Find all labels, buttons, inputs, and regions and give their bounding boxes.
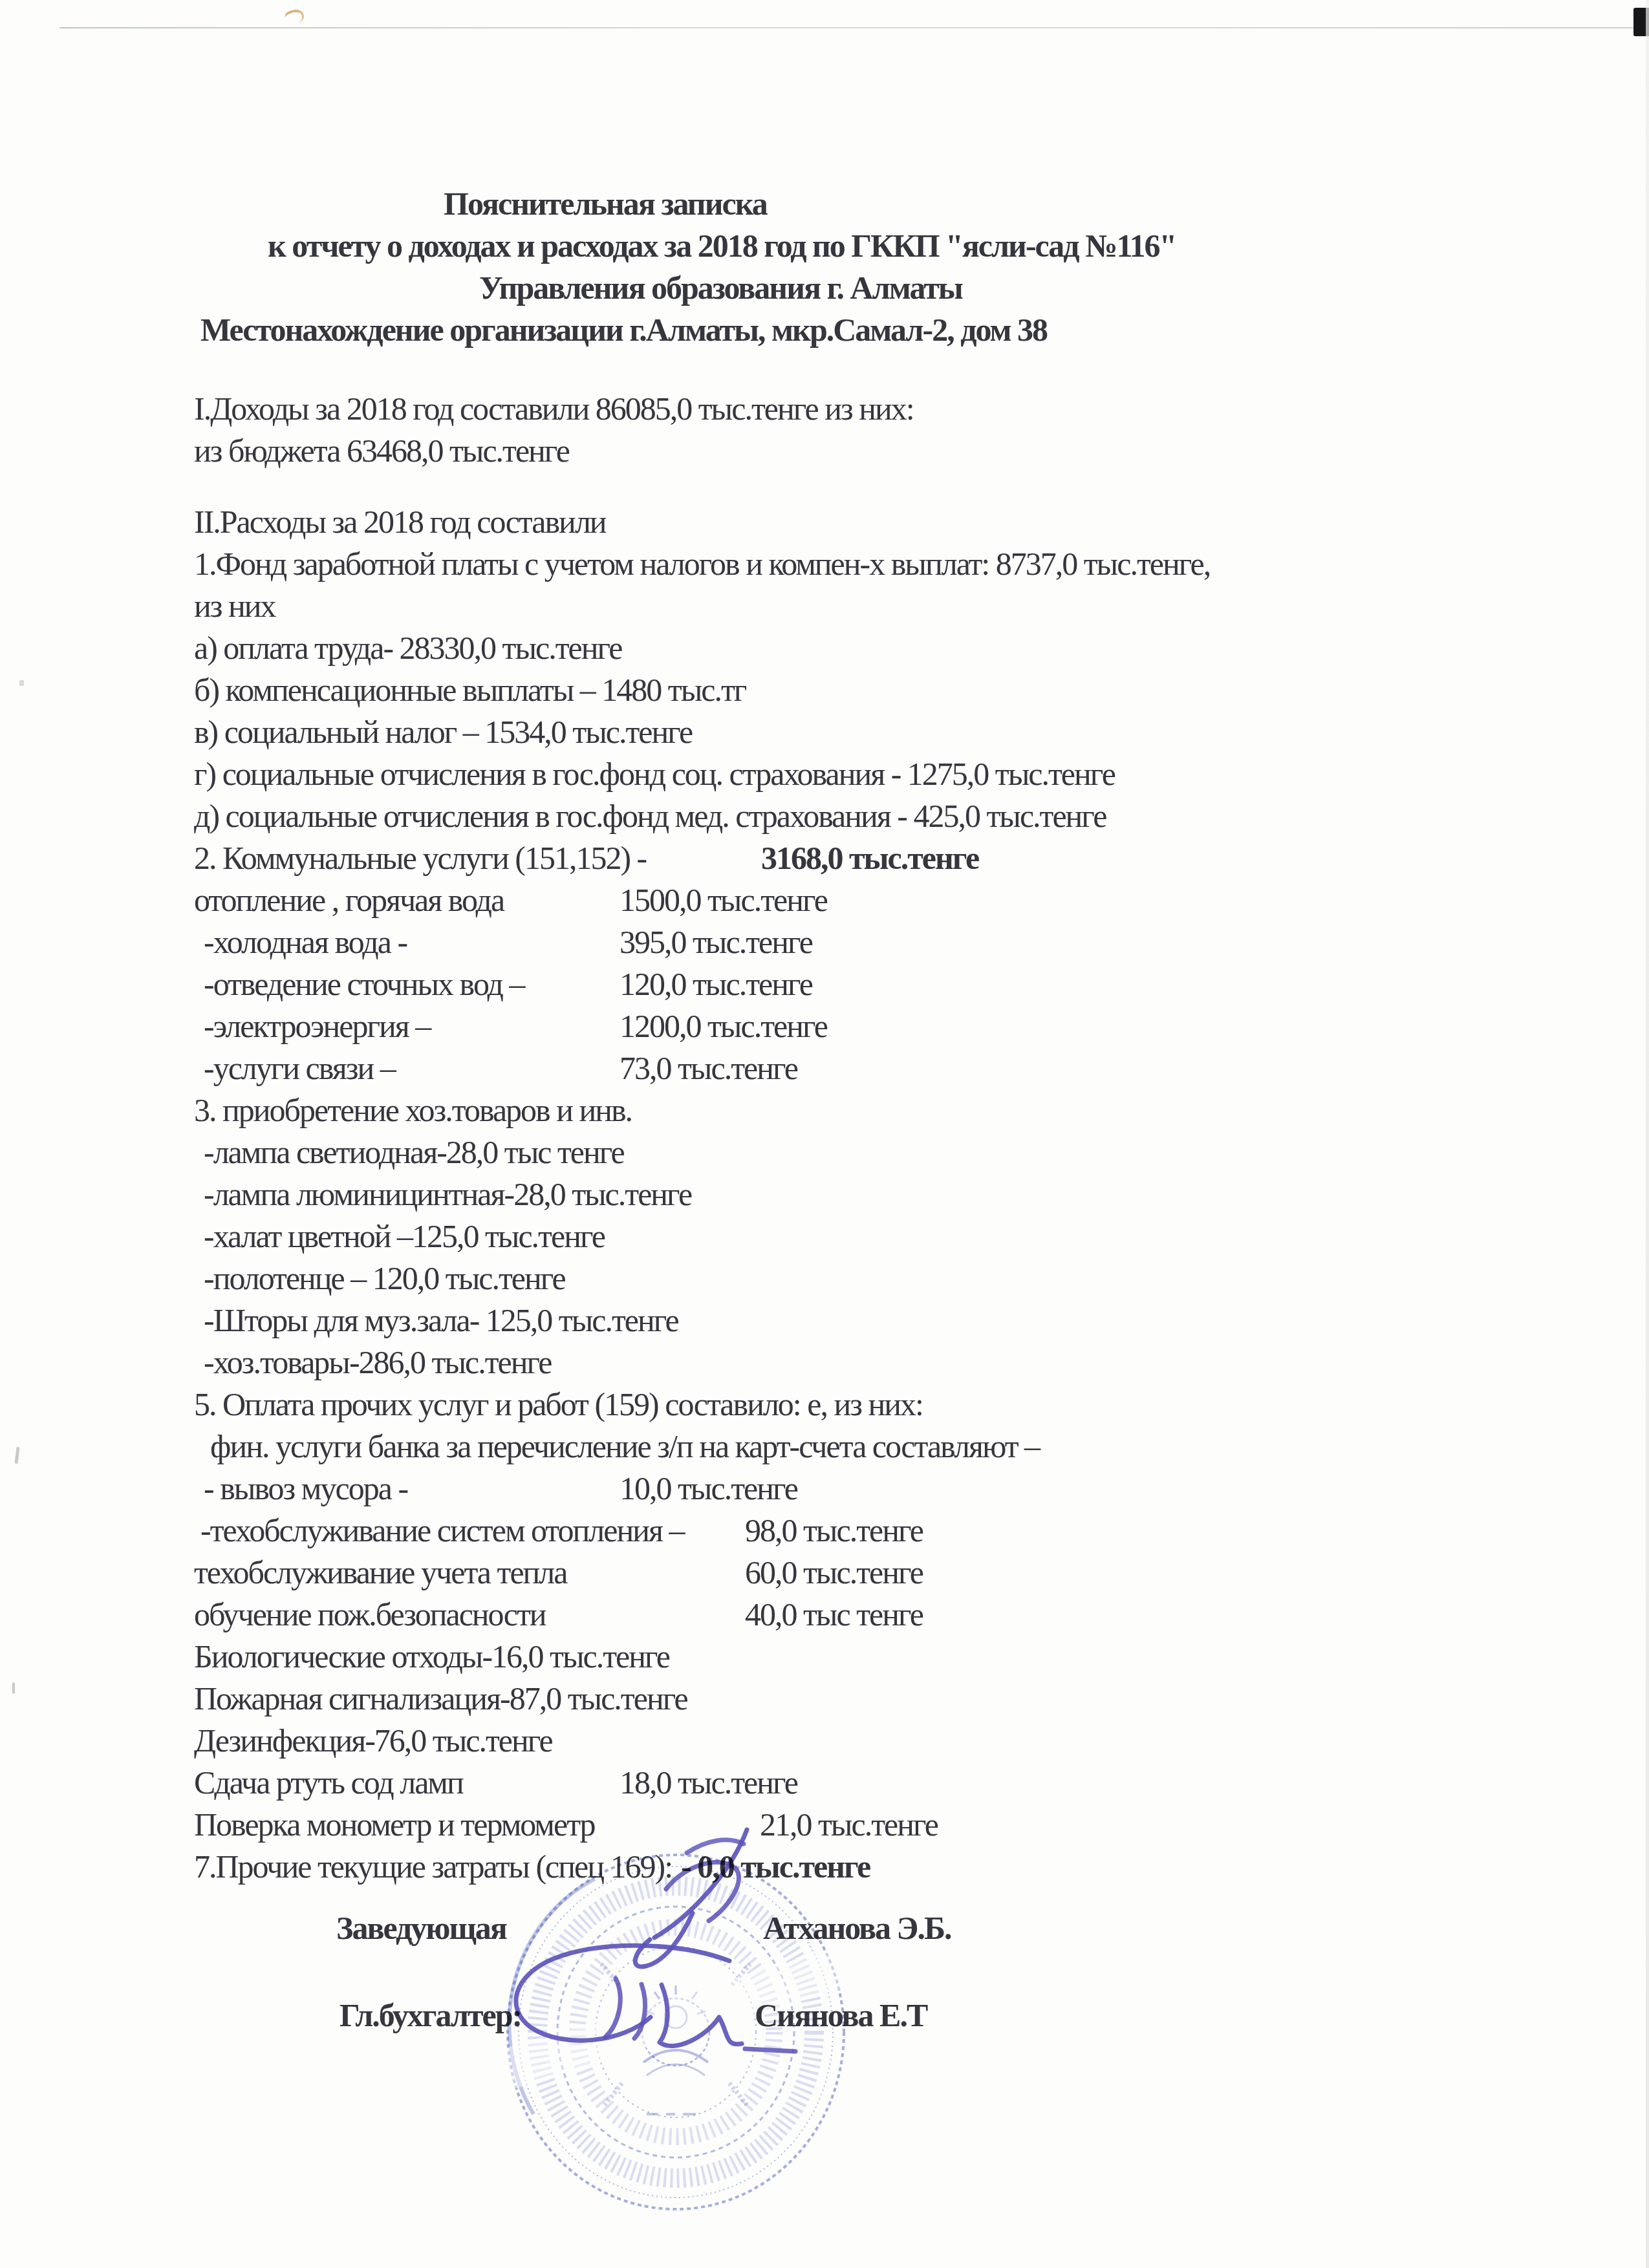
signature-role: Заведующая <box>336 1910 506 1946</box>
doc-line: отопление , горячая вода1500,0 тыс.тенге <box>194 879 1591 921</box>
title-line: Управления образования г. Алматы <box>194 267 1591 309</box>
doc-line: -техобслуживание систем отопления –98,0 … <box>194 1510 1591 1552</box>
doc-line: -Шторы для муз.зала- 125,0 тыс.тенге <box>194 1300 1591 1342</box>
doc-line: фин. услуги банка за перечисление з/п на… <box>194 1426 1591 1468</box>
signature-role: Гл.бухгалтер: <box>339 1997 521 2033</box>
signature-row-director: Заведующая Атханова Э.Б. <box>194 1907 1591 1949</box>
doc-line: II.Расходы за 2018 год составили <box>194 501 1591 543</box>
doc-line: Дезинфекция-76,0 тыс.тенге <box>194 1720 1591 1762</box>
title-line: Местонахождение организации г.Алматы, мк… <box>194 309 1591 351</box>
scan-smudge-artifact <box>283 7 305 27</box>
document-body: Пояснительная записка к отчету о доходах… <box>194 183 1591 2037</box>
doc-line: Сдача ртуть сод ламп18,0 тыс.тенге <box>194 1762 1591 1804</box>
doc-line-communal-total: 2. Коммунальные услуги (151,152) -3168,0… <box>194 837 1591 879</box>
doc-line: -хоз.товары-286,0 тыс.тенге <box>194 1342 1591 1384</box>
doc-line: 1.Фонд заработной платы с учетом налогов… <box>194 543 1591 585</box>
doc-line: -лампа светиодная-28,0 тыс тенге <box>194 1131 1591 1173</box>
signatory-name: Сиянова Е.Т <box>755 1995 927 2037</box>
doc-line-value: 40,0 тыс тенге <box>745 1594 923 1636</box>
scanned-document-page: Пояснительная записка к отчету о доходах… <box>0 0 1649 2268</box>
title-line: Пояснительная записка <box>194 183 1591 225</box>
doc-line-value: 98,0 тыс.тенге <box>745 1510 923 1552</box>
doc-line: д) социальные отчисления в гос.фонд мед.… <box>194 795 1591 837</box>
doc-line: -полотенце – 120,0 тыс.тенге <box>194 1257 1591 1300</box>
doc-line-value: 395,0 тыс.тенге <box>620 921 812 963</box>
doc-line: Пожарная сигнализация-87,0 тыс.тенге <box>194 1678 1591 1720</box>
doc-line-value: 21,0 тыс.тенге <box>760 1804 938 1846</box>
scan-speck <box>19 680 24 686</box>
scan-speck <box>14 1447 19 1464</box>
doc-line: Биологические отходы-16,0 тыс.тенге <box>194 1636 1591 1678</box>
doc-line: Поверка монометр и термометр21,0 тыс.тен… <box>194 1804 1591 1846</box>
doc-line-value: 60,0 тыс.тенге <box>745 1552 923 1594</box>
doc-line: -электроэнергия –1200,0 тыс.тенге <box>194 1005 1591 1047</box>
title-line: к отчету о доходах и расходах за 2018 го… <box>194 225 1591 267</box>
doc-line-value: 18,0 тыс.тенге <box>620 1762 797 1804</box>
scan-line-artifact <box>59 27 1649 28</box>
doc-line-value: 10,0 тыс.тенге <box>620 1468 797 1510</box>
doc-line: -халат цветной –125,0 тыс.тенге <box>194 1215 1591 1257</box>
signature-row-accountant: Гл.бухгалтер: Сиянова Е.Т <box>194 1995 1591 2037</box>
doc-line: г) социальные отчисления в гос.фонд соц.… <box>194 753 1591 795</box>
doc-line: -отведение сточных вод –120,0 тыс.тенге <box>194 963 1591 1005</box>
doc-line: -холодная вода -395,0 тыс.тенге <box>194 921 1591 963</box>
doc-line: обучение пож.безопасности40,0 тыс тенге <box>194 1594 1591 1636</box>
scan-speck <box>12 1682 15 1694</box>
doc-line: - вывоз мусора -10,0 тыс.тенге <box>194 1468 1591 1510</box>
doc-line: из них <box>194 585 1591 627</box>
doc-line: техобслуживание учета тепла60,0 тыс.тенг… <box>194 1552 1591 1594</box>
doc-line: 3. приобретение хоз.товаров и инв. <box>194 1089 1591 1131</box>
doc-line-value: 1200,0 тыс.тенге <box>620 1005 827 1047</box>
doc-line: из бюджета 63468,0 тыс.тенге <box>194 430 1591 472</box>
doc-line-other-costs: 7.Прочие текущие затраты (спец 169):- 0,… <box>194 1846 1591 1888</box>
doc-line-value: 120,0 тыс.тенге <box>620 963 812 1005</box>
doc-line: в) социальный налог – 1534,0 тыс.тенге <box>194 711 1591 753</box>
doc-line: а) оплата труда- 28330,0 тыс.тенге <box>194 627 1591 669</box>
scan-edge-shadow <box>1646 0 1649 2268</box>
doc-line-value: 73,0 тыс.тенге <box>620 1047 797 1089</box>
doc-line-value: - 0,0 тыс.тенге <box>681 1848 870 1885</box>
doc-line: -услуги связи –73,0 тыс.тенге <box>194 1047 1591 1089</box>
doc-line: б) компенсационные выплаты – 1480 тыс.тг <box>194 669 1591 711</box>
doc-line: 5. Оплата прочих услуг и работ (159) сос… <box>194 1384 1591 1426</box>
doc-line: I.Доходы за 2018 год составили 86085,0 т… <box>194 388 1591 430</box>
doc-line: -лампа люминицинтная-28,0 тыс.тенге <box>194 1173 1591 1215</box>
signatory-name: Атханова Э.Б. <box>763 1907 951 1949</box>
doc-line-value: 1500,0 тыс.тенге <box>620 879 827 921</box>
doc-line-value: 3168,0 тыс.тенге <box>761 837 978 879</box>
